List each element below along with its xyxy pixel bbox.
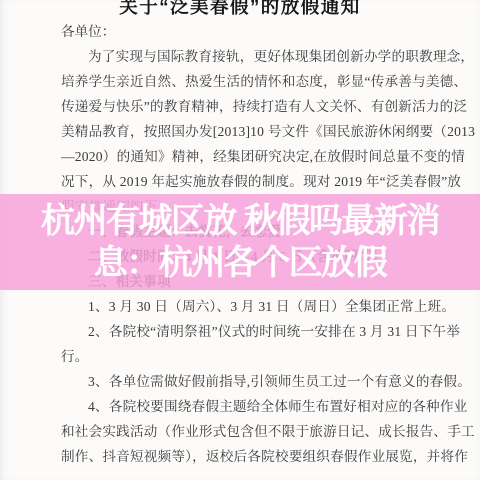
watermark-caption: 杭州有城区放 秋假吗最新消 息：杭州各个区放假 bbox=[0, 200, 480, 284]
doc-line: —2020）的通知》精神，经集团研究决定,在放假时间总量不变的情 bbox=[61, 144, 447, 169]
doc-line: 传递爱与快乐”的教育精神，持续打造有人文关怀、有创新活力的泛 bbox=[61, 94, 447, 119]
document-title: 关于“泛美春假”的放假通知 bbox=[0, 0, 480, 19]
doc-line: 况下，从 2019 年起实施放春假的制度。现对 2019 年“泛美春假”放 bbox=[61, 169, 447, 194]
watermark-caption-line-1: 杭州有城区放 秋假吗最新消 bbox=[0, 200, 480, 242]
salutation: 各单位： bbox=[61, 19, 447, 44]
doc-line: 行。 bbox=[61, 344, 447, 369]
doc-line: 培养学生亲近自然、热爱生活的情怀和态度，彰显“传承善与美德、 bbox=[61, 69, 447, 94]
scanned-notice-page: 关于“泛美春假”的放假通知 各单位： 为了实现与国际教育接轨，更好体现集团创新办… bbox=[0, 0, 480, 480]
doc-line: 为了实现与国际教育接轨，更好体现集团创新办学的职教理念， bbox=[61, 44, 447, 69]
doc-line: 制作、抖音短视频等），返校后各院校要组织春假作业展览，并将作 bbox=[61, 444, 447, 469]
doc-line: 4、各院校要围绕春假主题给全体师生布置好相对应的各种作业 bbox=[61, 394, 447, 419]
doc-line: 和社会实践活动（作业形式包含但不限于旅游日记、成长报告、手工 bbox=[61, 419, 447, 444]
doc-line: 2、各院校“清明祭祖”仪式的时间统一安排在 3 月 31 日下午举 bbox=[61, 319, 447, 344]
watermark-caption-line-2: 息：杭州各个区放假 bbox=[0, 242, 480, 284]
doc-line: 3、各单位需做好假前指导,引领师生员工过一个有意义的春假。 bbox=[61, 369, 447, 394]
doc-line: 美精品教育，按照国办发[2013]10 号文件《国民旅游休闲纲要（2013 bbox=[61, 119, 447, 144]
doc-line: 1、3 月 30 日（周六）、3 月 31 日（周日）全集团正常上班。 bbox=[61, 294, 447, 319]
